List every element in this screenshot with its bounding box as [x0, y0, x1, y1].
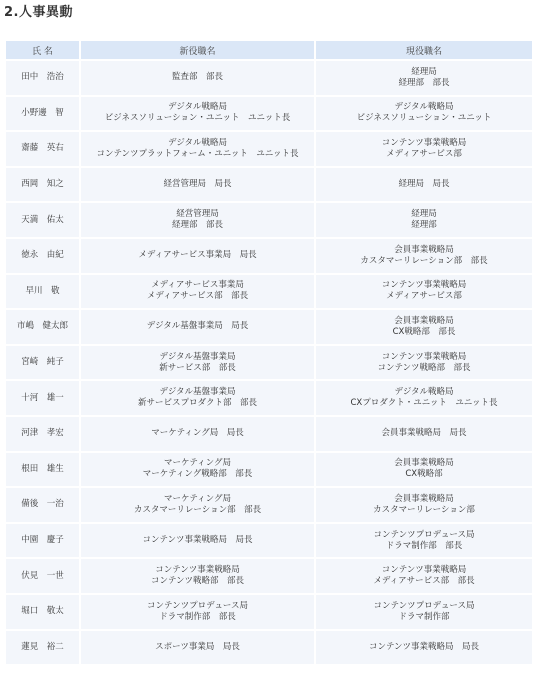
current-position-line: CXプロダクト・ユニット ユニット長: [316, 398, 532, 409]
current-position-cell: 会員事業戦略局 局長: [316, 417, 532, 451]
current-position-line: ドラマ制作部: [316, 612, 532, 623]
person-name: 天満 佑太: [6, 203, 79, 237]
current-position-cell: 会員事業戦略局カスタマーリレーション部: [316, 488, 532, 522]
current-position-cell: 会員事業戦略局カスタマーリレーション部 部長: [316, 239, 532, 273]
current-position-line: コンテンツ事業戦略局: [316, 138, 532, 149]
current-position-line: 経理部: [316, 220, 532, 231]
current-position-line: メディアサービス部: [316, 291, 532, 302]
current-position-cell: コンテンツ事業戦略局メディアサービス部 部長: [316, 559, 532, 593]
person-name: 伏見 一世: [6, 559, 79, 593]
person-name: 田中 浩治: [6, 61, 79, 95]
new-position-line: メディアサービス事業局 局長: [81, 250, 314, 261]
table-row: 小野邊 智デジタル戦略局ビジネスソリューション・ユニット ユニット長デジタル戦略…: [6, 97, 532, 131]
person-name: 備後 一治: [6, 488, 79, 522]
table-row: 天満 佑太経営管理局経理部 部長経理局経理部: [6, 203, 532, 237]
current-position-line: カスタマーリレーション部 部長: [316, 256, 532, 267]
new-position-cell: マーケティング局マーケティング戦略部 部長: [81, 453, 314, 487]
current-position-cell: 経理局経理部 部長: [316, 61, 532, 95]
current-position-line: メディアサービス部 部長: [316, 576, 532, 587]
person-name: 蓮見 裕二: [6, 631, 79, 665]
current-position-line: コンテンツプロデュース局: [316, 601, 532, 612]
table-row: 堀口 敬太コンテンツプロデュース局ドラマ制作部 部長コンテンツプロデュース局ドラ…: [6, 595, 532, 629]
table-header-row: 氏 名 新役職名 現役職名: [6, 41, 532, 59]
current-position-line: ビジネスソリューション・ユニット: [316, 113, 532, 124]
new-position-line: マーケティング局: [81, 494, 314, 505]
new-position-cell: マーケティング局 局長: [81, 417, 314, 451]
new-position-cell: 監査部 部長: [81, 61, 314, 95]
current-position-cell: デジタル戦略局ビジネスソリューション・ユニット: [316, 97, 532, 131]
new-position-line: ビジネスソリューション・ユニット ユニット長: [81, 113, 314, 124]
current-position-line: 経理部 部長: [316, 78, 532, 89]
column-header-current-position: 現役職名: [316, 41, 532, 59]
new-position-cell: コンテンツプロデュース局ドラマ制作部 部長: [81, 595, 314, 629]
new-position-line: コンテンツプラットフォーム・ユニット ユニット長: [81, 149, 314, 160]
new-position-line: マーケティング戦略部 部長: [81, 469, 314, 480]
new-position-line: 経営管理局: [81, 209, 314, 220]
current-position-cell: コンテンツプロデュース局ドラマ制作部 部長: [316, 524, 532, 558]
current-position-cell: コンテンツ事業戦略局メディアサービス部: [316, 275, 532, 309]
table-row: 田中 浩治監査部 部長経理局経理部 部長: [6, 61, 532, 95]
current-position-line: コンテンツ戦略部 部長: [316, 363, 532, 374]
new-position-line: マーケティング局 局長: [81, 428, 314, 439]
current-position-line: コンテンツ事業戦略局: [316, 352, 532, 363]
person-name: 小野邊 智: [6, 97, 79, 131]
new-position-line: コンテンツ事業戦略局 局長: [81, 535, 314, 546]
person-name: 早川 敬: [6, 275, 79, 309]
current-position-line: 経理局: [316, 209, 532, 220]
new-position-cell: デジタル基盤事業局新サービスプロダクト部 部長: [81, 381, 314, 415]
table-row: 徳永 由紀メディアサービス事業局 局長会員事業戦略局カスタマーリレーション部 部…: [6, 239, 532, 273]
current-position-cell: 経理局 局長: [316, 168, 532, 202]
new-position-line: コンテンツ事業戦略局: [81, 565, 314, 576]
person-name: 堀口 敬太: [6, 595, 79, 629]
current-position-cell: 経理局経理部: [316, 203, 532, 237]
new-position-line: デジタル基盤事業局 局長: [81, 321, 314, 332]
current-position-line: 会員事業戦略局: [316, 316, 532, 327]
person-name: 根田 雄生: [6, 453, 79, 487]
new-position-line: ドラマ制作部 部長: [81, 612, 314, 623]
person-name: 西岡 知之: [6, 168, 79, 202]
new-position-line: マーケティング局: [81, 458, 314, 469]
person-name: 宮崎 純子: [6, 346, 79, 380]
table-row: 市嶋 健太郎デジタル基盤事業局 局長会員事業戦略局CX戦略部 部長: [6, 310, 532, 344]
new-position-cell: デジタル戦略局ビジネスソリューション・ユニット ユニット長: [81, 97, 314, 131]
new-position-cell: デジタル基盤事業局新サービス部 部長: [81, 346, 314, 380]
new-position-line: コンテンツ戦略部 部長: [81, 576, 314, 587]
current-position-line: デジタル戦略局: [316, 387, 532, 398]
new-position-cell: メディアサービス事業局メディアサービス部 部長: [81, 275, 314, 309]
new-position-line: 新サービス部 部長: [81, 363, 314, 374]
current-position-line: CX戦略部 部長: [316, 327, 532, 338]
current-position-line: 会員事業戦略局: [316, 245, 532, 256]
table-row: 蓮見 裕二スポーツ事業局 局長コンテンツ事業戦略局 局長: [6, 631, 532, 665]
table-row: 根田 雄生マーケティング局マーケティング戦略部 部長会員事業戦略局CX戦略部: [6, 453, 532, 487]
table-row: 備後 一治マーケティング局カスタマーリレーション部 部長会員事業戦略局カスタマー…: [6, 488, 532, 522]
new-position-cell: マーケティング局カスタマーリレーション部 部長: [81, 488, 314, 522]
current-position-line: コンテンツ事業戦略局: [316, 280, 532, 291]
new-position-cell: スポーツ事業局 局長: [81, 631, 314, 665]
person-name: 徳永 由紀: [6, 239, 79, 273]
table-row: 伏見 一世コンテンツ事業戦略局コンテンツ戦略部 部長コンテンツ事業戦略局メディア…: [6, 559, 532, 593]
new-position-line: メディアサービス部 部長: [81, 291, 314, 302]
person-name: 河津 孝宏: [6, 417, 79, 451]
current-position-cell: デジタル戦略局CXプロダクト・ユニット ユニット長: [316, 381, 532, 415]
current-position-line: コンテンツ事業戦略局: [316, 565, 532, 576]
personnel-changes-table: 氏 名 新役職名 現役職名 田中 浩治監査部 部長経理局経理部 部長小野邊 智デ…: [4, 39, 534, 666]
current-position-cell: コンテンツ事業戦略局 局長: [316, 631, 532, 665]
current-position-line: CX戦略部: [316, 469, 532, 480]
new-position-line: 監査部 部長: [81, 72, 314, 83]
table-row: 十河 雄一デジタル基盤事業局新サービスプロダクト部 部長デジタル戦略局CXプロダ…: [6, 381, 532, 415]
current-position-line: 経理局 局長: [316, 179, 532, 190]
table-row: 中園 慶子コンテンツ事業戦略局 局長コンテンツプロデュース局ドラマ制作部 部長: [6, 524, 532, 558]
new-position-cell: メディアサービス事業局 局長: [81, 239, 314, 273]
current-position-line: 会員事業戦略局 局長: [316, 428, 532, 439]
section-title: 2.人事異動: [4, 1, 73, 20]
current-position-cell: コンテンツプロデュース局ドラマ制作部: [316, 595, 532, 629]
new-position-line: デジタル基盤事業局: [81, 352, 314, 363]
new-position-line: 経営管理局 局長: [81, 179, 314, 190]
person-name: 市嶋 健太郎: [6, 310, 79, 344]
current-position-line: デジタル戦略局: [316, 102, 532, 113]
current-position-line: 会員事業戦略局: [316, 494, 532, 505]
new-position-line: コンテンツプロデュース局: [81, 601, 314, 612]
new-position-line: メディアサービス事業局: [81, 280, 314, 291]
new-position-line: カスタマーリレーション部 部長: [81, 505, 314, 516]
new-position-cell: デジタル基盤事業局 局長: [81, 310, 314, 344]
new-position-line: デジタル戦略局: [81, 138, 314, 149]
column-header-name: 氏 名: [6, 41, 79, 59]
new-position-line: デジタル基盤事業局: [81, 387, 314, 398]
person-name: 中園 慶子: [6, 524, 79, 558]
current-position-line: カスタマーリレーション部: [316, 505, 532, 516]
current-position-cell: コンテンツ事業戦略局コンテンツ戦略部 部長: [316, 346, 532, 380]
current-position-line: ドラマ制作部 部長: [316, 541, 532, 552]
table-row: 齋藤 英右デジタル戦略局コンテンツプラットフォーム・ユニット ユニット長コンテン…: [6, 132, 532, 166]
new-position-cell: コンテンツ事業戦略局 局長: [81, 524, 314, 558]
current-position-line: メディアサービス部: [316, 149, 532, 160]
current-position-line: コンテンツプロデュース局: [316, 530, 532, 541]
person-name: 齋藤 英右: [6, 132, 79, 166]
current-position-line: 経理局: [316, 67, 532, 78]
current-position-cell: コンテンツ事業戦略局メディアサービス部: [316, 132, 532, 166]
new-position-cell: デジタル戦略局コンテンツプラットフォーム・ユニット ユニット長: [81, 132, 314, 166]
new-position-cell: 経営管理局経理部 部長: [81, 203, 314, 237]
current-position-line: コンテンツ事業戦略局 局長: [316, 642, 532, 653]
new-position-line: デジタル戦略局: [81, 102, 314, 113]
new-position-line: 新サービスプロダクト部 部長: [81, 398, 314, 409]
table-row: 早川 敬メディアサービス事業局メディアサービス部 部長コンテンツ事業戦略局メディ…: [6, 275, 532, 309]
new-position-cell: 経営管理局 局長: [81, 168, 314, 202]
table-row: 河津 孝宏マーケティング局 局長会員事業戦略局 局長: [6, 417, 532, 451]
new-position-cell: コンテンツ事業戦略局コンテンツ戦略部 部長: [81, 559, 314, 593]
new-position-line: 経理部 部長: [81, 220, 314, 231]
column-header-new-position: 新役職名: [81, 41, 314, 59]
person-name: 十河 雄一: [6, 381, 79, 415]
table-row: 西岡 知之経営管理局 局長経理局 局長: [6, 168, 532, 202]
current-position-cell: 会員事業戦略局CX戦略部: [316, 453, 532, 487]
current-position-line: 会員事業戦略局: [316, 458, 532, 469]
table-row: 宮崎 純子デジタル基盤事業局新サービス部 部長コンテンツ事業戦略局コンテンツ戦略…: [6, 346, 532, 380]
new-position-line: スポーツ事業局 局長: [81, 642, 314, 653]
current-position-cell: 会員事業戦略局CX戦略部 部長: [316, 310, 532, 344]
